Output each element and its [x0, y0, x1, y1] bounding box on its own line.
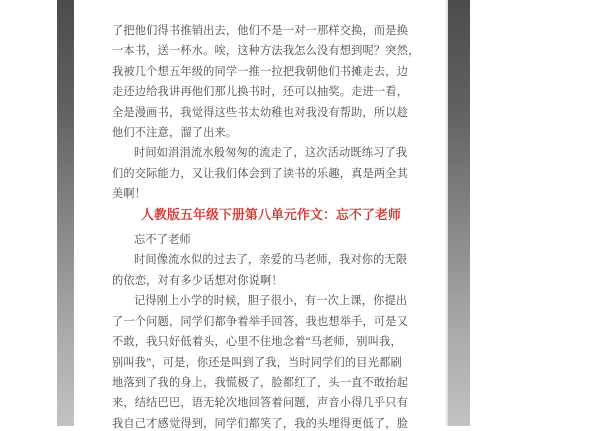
text-line: 美啊！ [112, 184, 406, 204]
text-line: 别叫我”，可是，你还是叫到了我，当时同学们的目光都刷 [112, 353, 406, 373]
text-line: 一本书，送一杯水。唉，这种方法我怎么没有想到呢？突然， [112, 41, 406, 61]
text-line: 全是漫画书，我觉得这些书太幼稚也对我没有帮助，所以趁 [112, 103, 406, 123]
text-line: 他们不注意，溜了出来。 [112, 123, 406, 143]
text-line: 了一个问题，同学们都争着举手回答，我也想举手，可是又 [112, 312, 406, 332]
document-text-column: 了把他们得书推销出去，他们不是一对一那样交换，而是换一本书，送一杯水。唉，这种方… [112, 21, 406, 431]
text-line: 我自己才感觉得到，同学们都笑了，我的头埋得更低了，脸 [112, 414, 406, 431]
text-line: 时间像流水似的过去了，亲爱的马老师，我对你的无限 [112, 250, 406, 270]
text-line: 的依恋，对有多少话想对你说啊！ [112, 271, 406, 291]
document-page: 了把他们得书推销出去，他们不是一对一那样交换，而是换一本书，送一杯水。唉，这种方… [74, 0, 448, 426]
text-line: 来，结结巴巴，语无轮次地回答着问题，声音小得几乎只有 [112, 393, 406, 413]
text-line: 不敢，我只好低着头，心里不住地念着“马老师，别叫我， [112, 332, 406, 352]
text-line: 忘不了老师 [112, 230, 406, 250]
text-line: 了把他们得书推销出去，他们不是一对一那样交换，而是换 [112, 21, 406, 41]
screenshot-root: 了把他们得书推销出去，他们不是一对一那样交换，而是换一本书，送一杯水。唉，这种方… [0, 0, 602, 431]
text-line: 地落到了我的身上，我慌极了，脸都红了，头一直不敢抬起 [112, 373, 406, 393]
text-line: 记得刚上小学的时候，胆子很小，有一次上课，你提出 [112, 291, 406, 311]
section-heading: 人教版五年级下册第八单元作文：忘不了老师 [112, 205, 406, 225]
text-line: 我被几个想五年级的同学一推一拉把我朝他们书摊走去，边 [112, 62, 406, 82]
text-line: 走还边给我讲再他们那儿换书时，还可以抽奖。走进一看， [112, 82, 406, 102]
text-line: 们的交际能力，又让我们体会到了读书的乐趣，真是两全其 [112, 164, 406, 184]
text-line: 时间如涓涓流水般匆匆的流走了，这次活动既练习了我 [112, 143, 406, 163]
